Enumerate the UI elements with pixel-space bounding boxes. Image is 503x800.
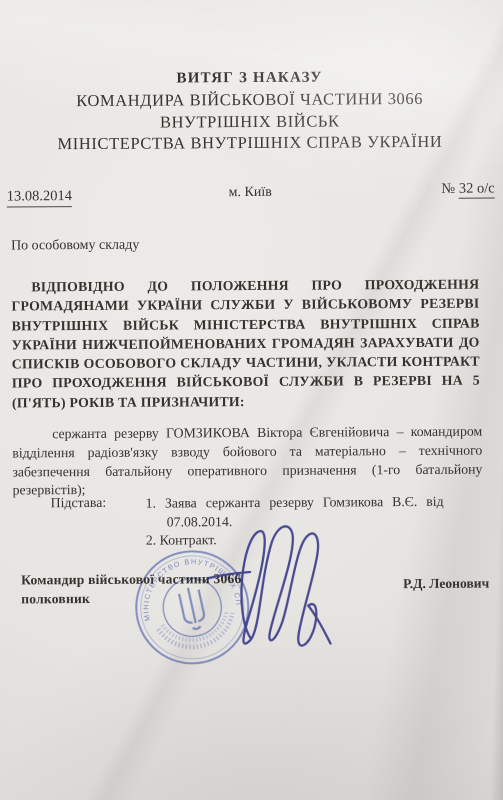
document-header-ministry-line: МІНІСТЕРСТВА ВНУТРІШНІХ СПРАВ УКРАЇНИ	[0, 131, 501, 154]
appointment-paragraph: сержанта резерву ГОМЗИКОВА Віктора Євген…	[12, 423, 482, 501]
scanned-order-document: ВИТЯГ З НАКАЗУ КОМАНДИРА ВІЙСЬКОВОЇ ЧАСТ…	[0, 0, 503, 800]
trident-emblem	[178, 586, 207, 631]
order-place: м. Київ	[0, 183, 502, 202]
subject-line: По особовому складу	[11, 238, 139, 255]
signoff-position-line2: полковник	[21, 591, 90, 607]
document-header-troops-line: ВНУТРІШНІХ ВІЙСЬК	[0, 110, 501, 133]
document-header-commander-line: КОМАНДИРА ВІЙСЬКОВОЇ ЧАСТИНИ 3066	[0, 88, 501, 111]
signoff-name: Р.Д. Леонович	[403, 576, 489, 593]
basis-label: Підстава:	[51, 495, 107, 511]
order-number-label: №	[441, 181, 455, 197]
document-title: ВИТЯГ З НАКАЗУ	[0, 68, 501, 88]
order-number: № 32 о/с	[441, 181, 494, 198]
order-main-paragraph: ВІДПОВІДНО ДО ПОЛОЖЕННЯ ПРО ПРОХОДЖЕННЯ …	[11, 275, 480, 413]
handwritten-signature	[204, 519, 335, 665]
order-number-value: 32 о/с	[459, 181, 495, 199]
